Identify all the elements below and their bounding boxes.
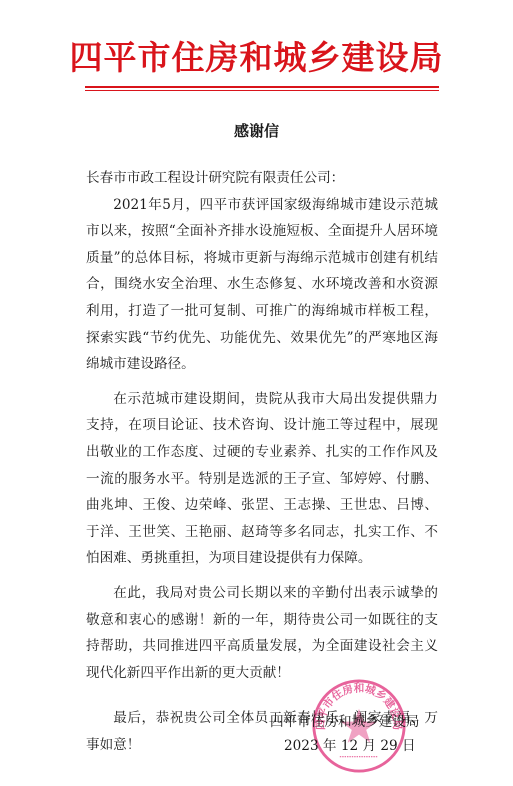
paragraph-gap [86,572,438,580]
paragraph-1: 2021年5月，四平市获评国家级海绵城市建设示范城市以来，按照“全面补齐排水设施… [86,192,438,378]
paragraph-gap [86,686,438,705]
salutation: 长春市市政工程设计研究院有限责任公司： [86,165,438,192]
signature-org: 四平市住房和城乡建设局 [270,710,440,734]
paragraph-2: 在示范城市建设期间，贵院从我市大局出发提供鼎力支持，在项目论证、技术咨询、设计施… [86,386,438,572]
paragraph-gap [86,378,438,386]
letterhead-rule-thick [85,86,439,88]
letterhead-org-name: 四平市住房和城乡建设局 [0,38,513,78]
document-title: 感谢信 [0,120,513,141]
signature-block: 四平市住房和城乡建设局 2023 年 12 月 29 日 [270,710,440,758]
signature-date: 2023 年 12 月 29 日 [270,734,440,758]
letterhead-rule-thin [85,90,439,91]
paragraph-3: 在此，我局对贵公司长期以来的辛勤付出表示诚挚的敬意和衷心的感谢！新的一年，期待贵… [86,580,438,686]
letter-body: 长春市市政工程设计研究院有限责任公司： 2021年5月，四平市获评国家级海绵城市… [86,165,438,758]
